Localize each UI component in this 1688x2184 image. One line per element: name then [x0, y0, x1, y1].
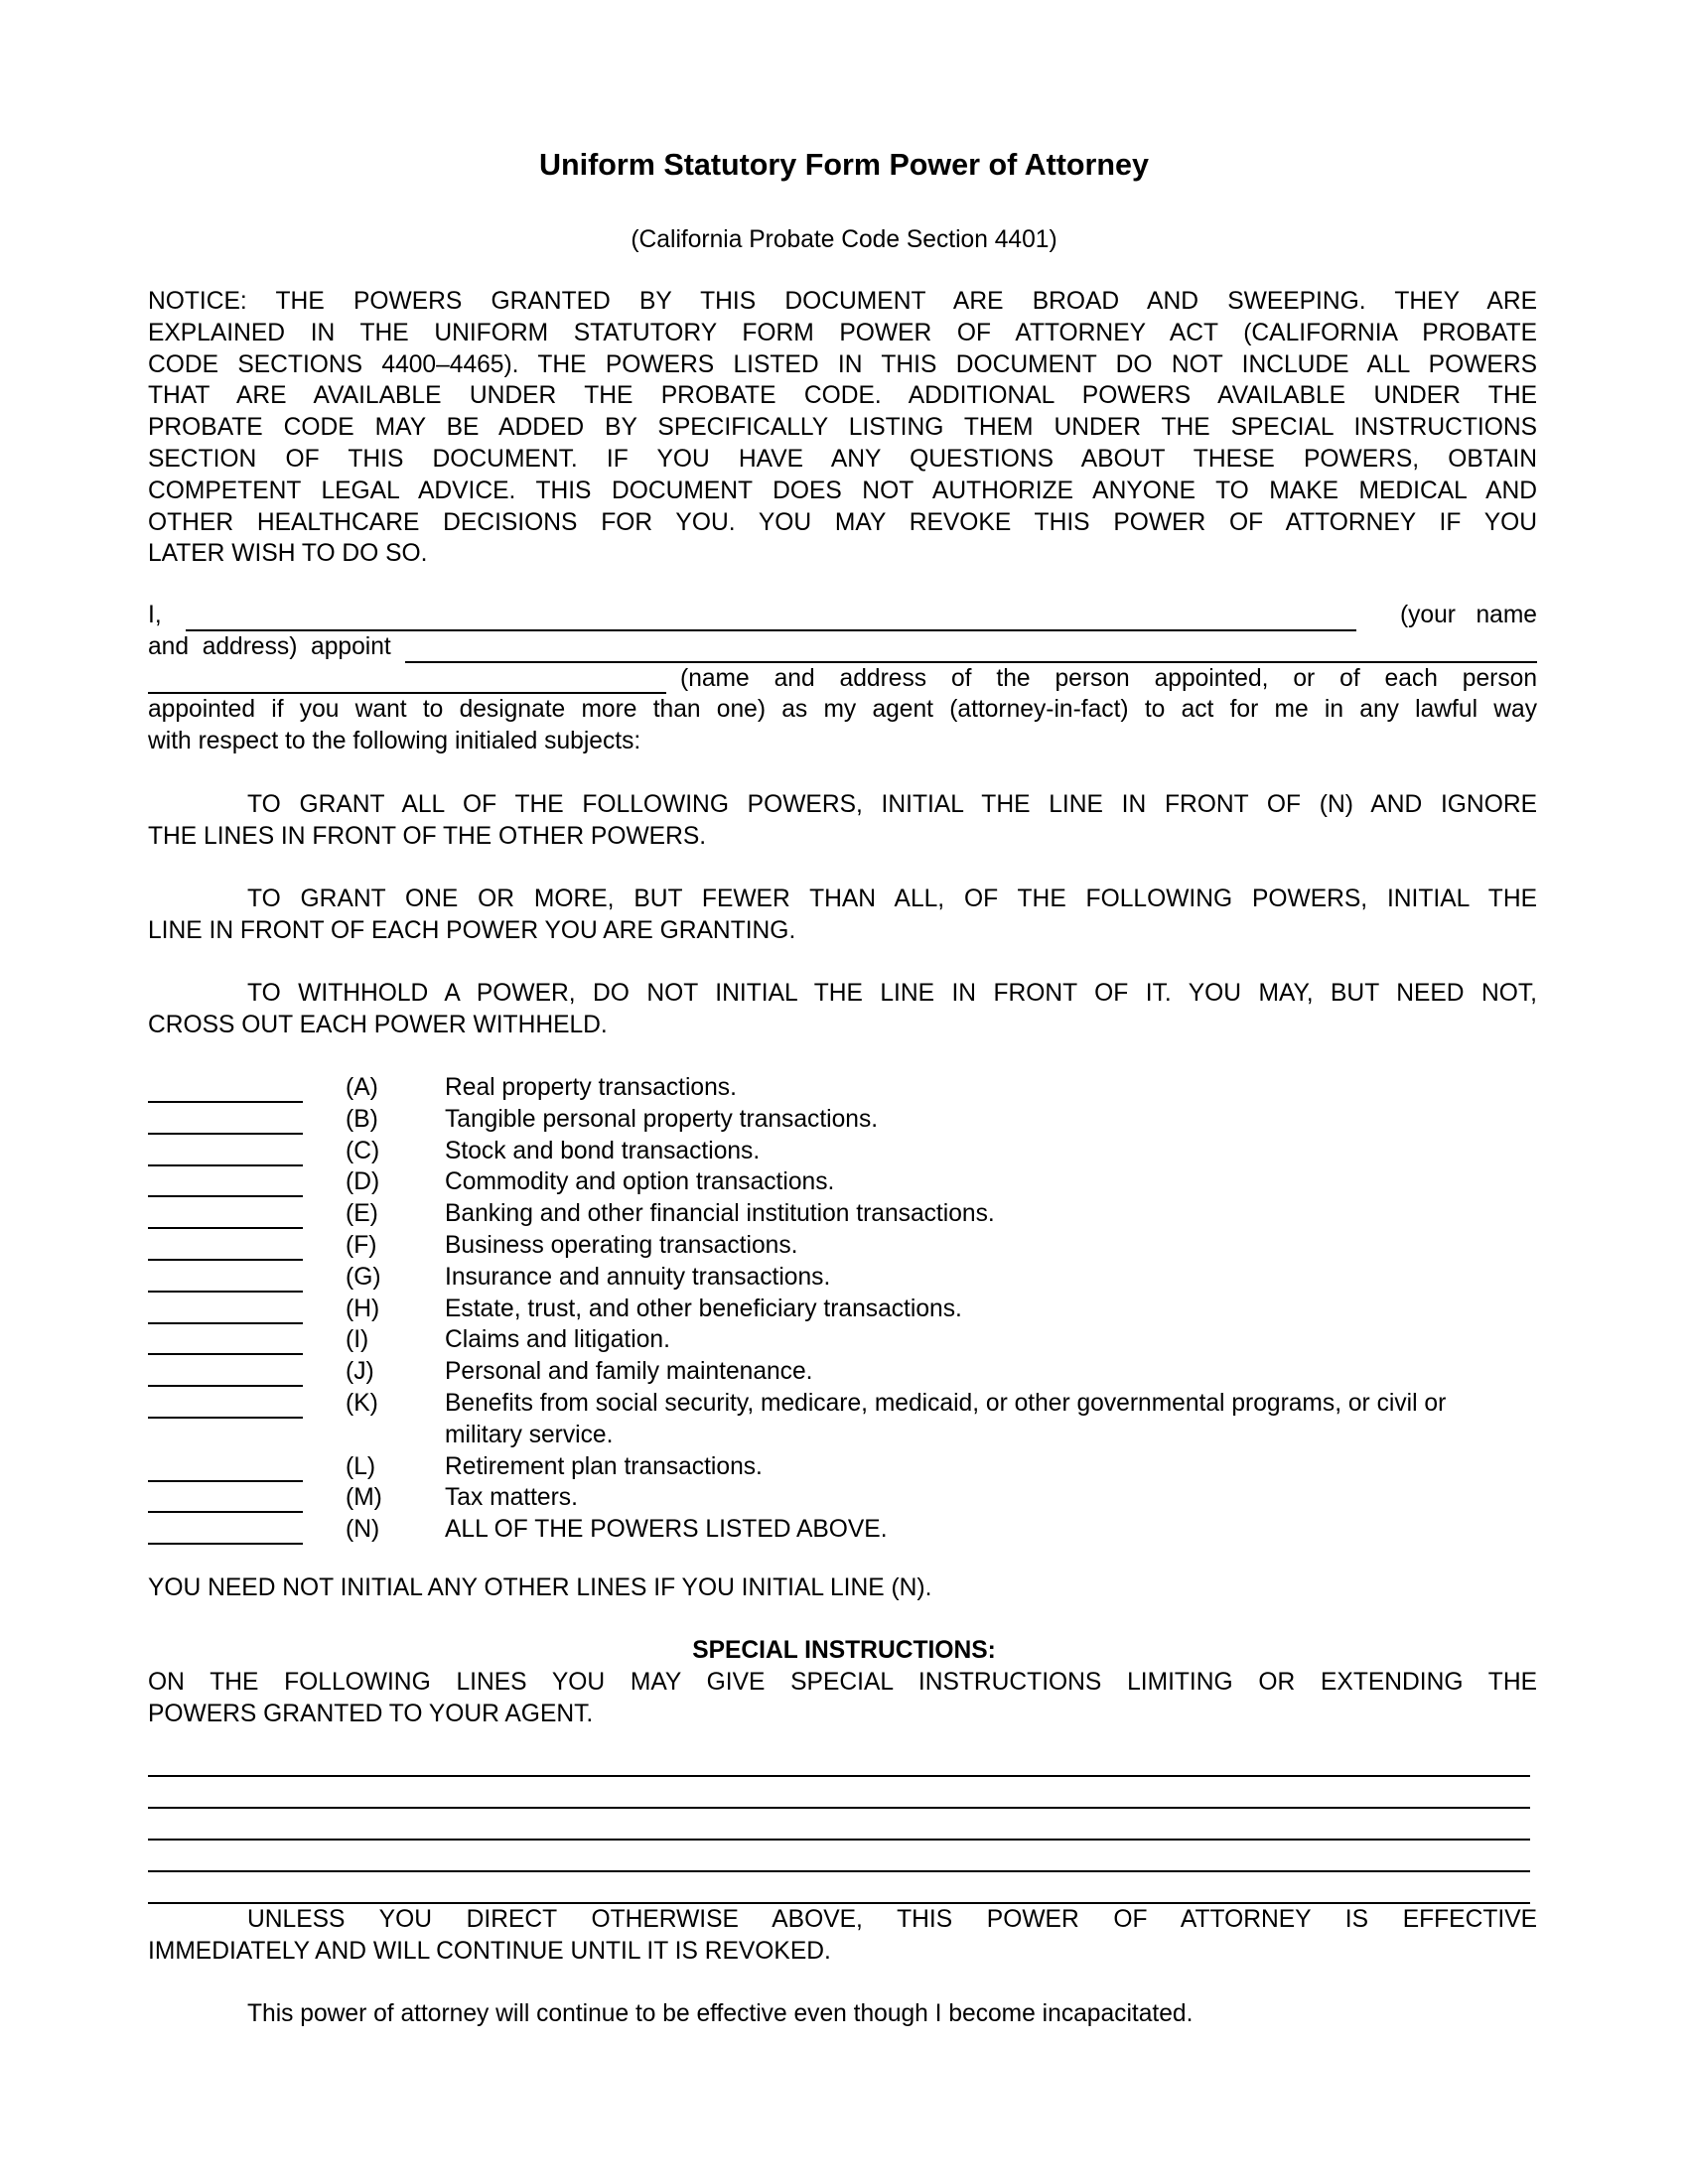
power-label: (G) [346, 1262, 381, 1294]
power-label: (H) [346, 1294, 379, 1325]
appointment-line: with respect to the following initialed … [148, 726, 1537, 757]
notice-line: PROBATE CODE MAY BE ADDED BY SPECIFICALL… [148, 412, 1537, 444]
power-text: Banking and other financial institution … [445, 1198, 1537, 1230]
power-item-g: (G)Insurance and annuity transactions. [148, 1262, 1537, 1294]
principal-suffix: (your name [1400, 600, 1537, 631]
special-instructions-heading: SPECIAL INSTRUCTIONS: [0, 1635, 1688, 1667]
power-item-h: (H)Estate, trust, and other beneficiary … [148, 1294, 1537, 1325]
power-text: Commodity and option transactions. [445, 1166, 1537, 1198]
power-label: (N) [346, 1514, 379, 1546]
power-text: Claims and litigation. [445, 1324, 1537, 1356]
durable-clause: This power of attorney will continue to … [148, 1998, 1537, 2030]
instruction-line: THE LINES IN FRONT OF THE OTHER POWERS. [148, 821, 1537, 853]
appoint-label: and address) appoint [148, 631, 391, 663]
agent-suffix: (name and address of the person appointe… [680, 663, 1537, 695]
power-label: (D) [346, 1166, 379, 1198]
notice-line: CODE SECTIONS 4400–4465). THE POWERS LIS… [148, 349, 1537, 381]
power-text: Stock and bond transactions. [445, 1136, 1537, 1167]
power-text: Tangible personal property transactions. [445, 1104, 1537, 1136]
power-label: (M) [346, 1482, 382, 1514]
instruction-line: TO WITHHOLD A POWER, DO NOT INITIAL THE … [148, 978, 1537, 1010]
instruction-line: TO GRANT ONE OR MORE, BUT FEWER THAN ALL… [148, 884, 1537, 915]
power-item-f: (F)Business operating transactions. [148, 1230, 1537, 1262]
initials-field[interactable] [148, 1164, 303, 1166]
power-text: Business operating transactions. [445, 1230, 1537, 1262]
power-text: Benefits from social security, medicare,… [445, 1388, 1497, 1451]
instruction-line: LINE IN FRONT OF EACH POWER YOU ARE GRAN… [148, 915, 1537, 947]
instruction-grant-all: TO GRANT ALL OF THE FOLLOWING POWERS, IN… [148, 789, 1537, 853]
initials-field[interactable] [148, 1101, 303, 1103]
power-label: (F) [346, 1230, 376, 1262]
power-label: (B) [346, 1104, 378, 1136]
power-label: (J) [346, 1356, 374, 1388]
power-text: ALL OF THE POWERS LISTED ABOVE. [445, 1514, 1537, 1546]
notice-paragraph: NOTICE: THE POWERS GRANTED BY THIS DOCUM… [148, 286, 1537, 570]
effective-line: UNLESS YOU DIRECT OTHERWISE ABOVE, THIS … [148, 1904, 1537, 1936]
power-text: Insurance and annuity transactions. [445, 1262, 1537, 1294]
notice-line: OTHER HEALTHCARE DECISIONS FOR YOU. YOU … [148, 507, 1537, 539]
power-text: Estate, trust, and other beneficiary tra… [445, 1294, 1537, 1325]
power-item-j: (J)Personal and family maintenance. [148, 1356, 1537, 1388]
initials-field[interactable] [148, 1385, 303, 1387]
instruction-withhold: TO WITHHOLD A POWER, DO NOT INITIAL THE … [148, 978, 1537, 1041]
power-text: Retirement plan transactions. [445, 1451, 1537, 1483]
initials-field[interactable] [148, 1195, 303, 1197]
initials-field[interactable] [148, 1543, 303, 1545]
power-item-l: (L)Retirement plan transactions. [148, 1451, 1537, 1483]
special-instruction-entry-3[interactable] [148, 1839, 1530, 1841]
notice-line: THAT ARE AVAILABLE UNDER THE PROBATE COD… [148, 380, 1537, 412]
effective-line: IMMEDIATELY AND WILL CONTINUE UNTIL IT I… [148, 1936, 1537, 1968]
instruction-grant-some: TO GRANT ONE OR MORE, BUT FEWER THAN ALL… [148, 884, 1537, 947]
special-instructions-text: ON THE FOLLOWING LINES YOU MAY GIVE SPEC… [148, 1667, 1537, 1730]
power-item-a: (A)Real property transactions. [148, 1072, 1537, 1104]
special-instructions-line: ON THE FOLLOWING LINES YOU MAY GIVE SPEC… [148, 1667, 1537, 1699]
power-label: (I) [346, 1324, 368, 1356]
initials-field[interactable] [148, 1291, 303, 1293]
power-item-m: (M)Tax matters. [148, 1482, 1537, 1514]
power-item-d: (D)Commodity and option transactions. [148, 1166, 1537, 1198]
initials-field[interactable] [148, 1480, 303, 1482]
power-label: (L) [346, 1451, 375, 1483]
power-label: (E) [346, 1198, 378, 1230]
power-item-b: (B)Tangible personal property transactio… [148, 1104, 1537, 1136]
effective-paragraph: UNLESS YOU DIRECT OTHERWISE ABOVE, THIS … [148, 1904, 1537, 1968]
special-instruction-entry-4[interactable] [148, 1870, 1530, 1872]
notice-line: LATER WISH TO DO SO. [148, 538, 1537, 570]
power-item-n: (N)ALL OF THE POWERS LISTED ABOVE. [148, 1514, 1537, 1546]
document-subtitle: (California Probate Code Section 4401) [0, 224, 1688, 256]
appointment-line: appointed if you want to designate more … [148, 694, 1537, 726]
agent-name-field[interactable] [405, 639, 1537, 663]
notice-line: EXPLAINED IN THE UNIFORM STATUTORY FORM … [148, 318, 1537, 349]
initials-field[interactable] [148, 1133, 303, 1135]
powers-list: (A)Real property transactions. (B)Tangib… [148, 1072, 1537, 1546]
initials-field[interactable] [148, 1322, 303, 1324]
agent-name-field-continued[interactable] [148, 670, 666, 694]
power-text: Personal and family maintenance. [445, 1356, 1537, 1388]
special-instructions-line: POWERS GRANTED TO YOUR AGENT. [148, 1699, 1537, 1730]
power-item-k: (K)Benefits from social security, medica… [148, 1388, 1537, 1451]
power-item-i: (I)Claims and litigation. [148, 1324, 1537, 1356]
initials-field[interactable] [148, 1259, 303, 1261]
power-text: Tax matters. [445, 1482, 1537, 1514]
principal-name-field[interactable] [186, 608, 1356, 631]
notice-line: SECTION OF THIS DOCUMENT. IF YOU HAVE AN… [148, 444, 1537, 476]
special-instruction-entry-2[interactable] [148, 1807, 1530, 1809]
initials-field[interactable] [148, 1227, 303, 1229]
document-title: Uniform Statutory Form Power of Attorney [0, 147, 1688, 183]
power-label: (K) [346, 1388, 378, 1420]
power-label: (A) [346, 1072, 378, 1104]
power-item-e: (E)Banking and other financial instituti… [148, 1198, 1537, 1230]
principal-prefix: I, [148, 600, 162, 631]
no-other-lines-note: YOU NEED NOT INITIAL ANY OTHER LINES IF … [148, 1572, 1537, 1604]
power-text: Real property transactions. [445, 1072, 1537, 1104]
special-instruction-entry-1[interactable] [148, 1775, 1530, 1777]
initials-field[interactable] [148, 1417, 303, 1419]
power-item-c: (C)Stock and bond transactions. [148, 1136, 1537, 1167]
instruction-line: CROSS OUT EACH POWER WITHHELD. [148, 1010, 1537, 1041]
instruction-line: TO GRANT ALL OF THE FOLLOWING POWERS, IN… [148, 789, 1537, 821]
power-label: (C) [346, 1136, 379, 1167]
initials-field[interactable] [148, 1511, 303, 1513]
notice-line: NOTICE: THE POWERS GRANTED BY THIS DOCUM… [148, 286, 1537, 318]
initials-field[interactable] [148, 1353, 303, 1355]
notice-line: COMPETENT LEGAL ADVICE. THIS DOCUMENT DO… [148, 476, 1537, 507]
appointment-section: I, (your name and address) appoint (name… [148, 600, 1537, 757]
